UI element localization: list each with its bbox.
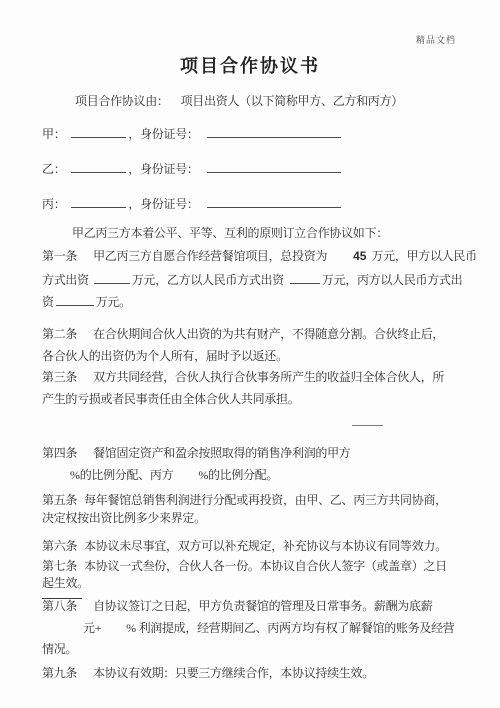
clause-text: 起生效。 xyxy=(42,576,89,590)
party-id-blank xyxy=(207,195,341,208)
party-label: 丙： xyxy=(42,197,65,211)
clause6-line1: 第六条本协议未尽事宜，双方可以补充规定，补充协议与本协议有同等效力。 xyxy=(42,539,447,554)
clause8-line2: 元+% 利润提成，经营期间乙、丙两方均有权了解餐馆的账务及经营 xyxy=(83,621,454,636)
amount-blank xyxy=(290,271,320,284)
party-label: 乙： xyxy=(42,162,65,176)
party-name-blank xyxy=(71,125,126,138)
clause-text: %的比例分配、丙方 xyxy=(70,468,173,482)
clause-number: 第四条 xyxy=(42,446,77,460)
clause8-line1: 第八条自协议签订之日起，甲方负责餐馆的管理及日常事务。薪酬为底薪 xyxy=(42,598,432,614)
clause-text: 甲乙丙三方自愿合作经营餐馆项目，总投资为 xyxy=(93,249,327,263)
blank-dash-rule xyxy=(352,425,383,426)
clause-text: 万元。 xyxy=(96,295,131,309)
document-page: 精品文档 项目合作协议书 项目合作协议由：项目出资人（以下简称甲方、乙方和丙方）… xyxy=(0,0,500,708)
clause-text: 元+ xyxy=(83,621,101,635)
party-row-yi: 乙：，身份证号： xyxy=(42,160,341,177)
amount-blank xyxy=(56,293,94,306)
amount-blank xyxy=(94,271,130,284)
clause-text: 情况。 xyxy=(42,642,77,656)
party-id-blank xyxy=(207,160,341,173)
clause-text: 资 xyxy=(42,295,54,309)
clause-text: 每年餐馆总销售利润进行分配或再投资，由甲、乙、丙三方共同协商， xyxy=(84,493,447,507)
party-label: 甲： xyxy=(42,127,65,141)
clause9-line1: 第九条本协议有效期：只要三方继续合作，本协议持续生效。 xyxy=(42,666,374,681)
clause-text: 本协议一式叁份，合伙人各一份。本协议自合伙人签字（或盖章）之日 xyxy=(84,559,447,573)
clause-text: 各合伙人的出资仍为个人所有，届时予以返还。 xyxy=(42,349,288,363)
clause3-line2: 产生的亏损或者民事责任由全体合伙人共同承担。 xyxy=(42,392,299,407)
clause-number: 第六条 xyxy=(42,539,77,553)
intro-line: 项目合作协议由：项目出资人（以下简称甲方、乙方和丙方） xyxy=(75,94,403,109)
clause-number: 第九条 xyxy=(42,666,77,680)
clause-text: 在合伙期间合伙人出资的为共有财产，不得随意分割。合伙终止后， xyxy=(93,327,444,341)
clause-text: % 利润提成，经营期间乙、丙两方均有权了解餐馆的账务及经营 xyxy=(126,621,454,635)
clause-text: 决定权按出资比例多少来界定。 xyxy=(42,511,206,525)
clause-text: 产生的亏损或者民事责任由全体合伙人共同承担。 xyxy=(42,392,299,406)
clause-number: 第一条 xyxy=(42,249,77,263)
clause-text: 餐馆固定资产和盈余按照取得的销售净利润的甲方 xyxy=(93,446,350,460)
clause1-line2: 方式出资万元，乙方以人民币方式出资万元，丙方以人民币方式出 xyxy=(42,271,462,288)
party-id-blank xyxy=(207,125,341,138)
intro-text: 项目出资人（以下简称甲方、乙方和丙方） xyxy=(181,94,403,108)
clause-number-struck: 第八条 xyxy=(42,598,82,614)
investment-amount: 45 xyxy=(353,249,366,263)
clause-text: 万元，丙方以人民币方式出 xyxy=(322,273,462,287)
clause-text: 方式出资 xyxy=(42,273,89,287)
clause7-line2: 起生效。 xyxy=(42,576,89,591)
clause5-line1: 第五条每年餐馆总销售利润进行分配或再投资，由甲、乙、丙三方共同协商， xyxy=(42,493,447,508)
clause-text: 万元，乙方以人民币方式出资 xyxy=(132,273,284,287)
clause7-line1: 第七条本协议一式叁份，合伙人各一份。本协议自合伙人签字（或盖章）之日 xyxy=(42,559,447,574)
id-label: ，身份证号： xyxy=(128,127,198,141)
clause5-line2: 决定权按出资比例多少来界定。 xyxy=(42,511,206,526)
clause-number: 第七条 xyxy=(42,559,77,573)
clause-text: 本协议有效期：只要三方继续合作，本协议持续生效。 xyxy=(93,666,374,680)
clause1-line1: 第一条甲乙丙三方自愿合作经营餐馆项目，总投资为45万元，甲方以人民币 xyxy=(42,249,477,264)
watermark: 精品文档 xyxy=(416,33,456,46)
doc-title: 项目合作协议书 xyxy=(0,52,500,78)
id-label: ，身份证号： xyxy=(128,162,198,176)
clause4-line1: 第四条餐馆固定资产和盈余按照取得的销售净利润的甲方 xyxy=(42,446,351,461)
clause1-line3: 资万元。 xyxy=(42,293,131,310)
party-name-blank xyxy=(71,195,126,208)
intro-label: 项目合作协议由： xyxy=(75,94,169,108)
party-row-bing: 丙：，身份证号： xyxy=(42,195,341,212)
clause2-line2: 各合伙人的出资仍为个人所有，届时予以返还。 xyxy=(42,349,288,364)
clause-text: 自协议签订之日起，甲方负责餐馆的管理及日常事务。薪酬为底薪 xyxy=(93,599,432,613)
id-label: ，身份证号： xyxy=(128,197,198,211)
clause4-line2: %的比例分配、丙方%的比例分配。 xyxy=(70,468,278,483)
clause-text: %的比例分配。 xyxy=(198,468,278,482)
preamble: 甲乙丙三方本着公平、平等、互利的原则订立合作协议如下： xyxy=(72,226,388,241)
clause-text: 万元，甲方以人民币 xyxy=(371,249,476,263)
party-row-jia: 甲：，身份证号： xyxy=(42,125,341,142)
clause8-line3: 情况。 xyxy=(42,642,77,657)
clause-text: 双方共同经营，合伙人执行合伙事务所产生的收益归全体合伙人，所 xyxy=(93,370,444,384)
clause-number: 第二条 xyxy=(42,327,77,341)
clause-number: 第三条 xyxy=(42,370,77,384)
clause-text: 本协议未尽事宜，双方可以补充规定，补充协议与本协议有同等效力。 xyxy=(84,539,447,553)
party-name-blank xyxy=(71,160,126,173)
clause3-line1: 第三条双方共同经营，合伙人执行合伙事务所产生的收益归全体合伙人，所 xyxy=(42,370,444,385)
clause-number: 第五条 xyxy=(42,493,77,507)
clause2-line1: 第二条在合伙期间合伙人出资的为共有财产，不得随意分割。合伙终止后， xyxy=(42,327,444,342)
